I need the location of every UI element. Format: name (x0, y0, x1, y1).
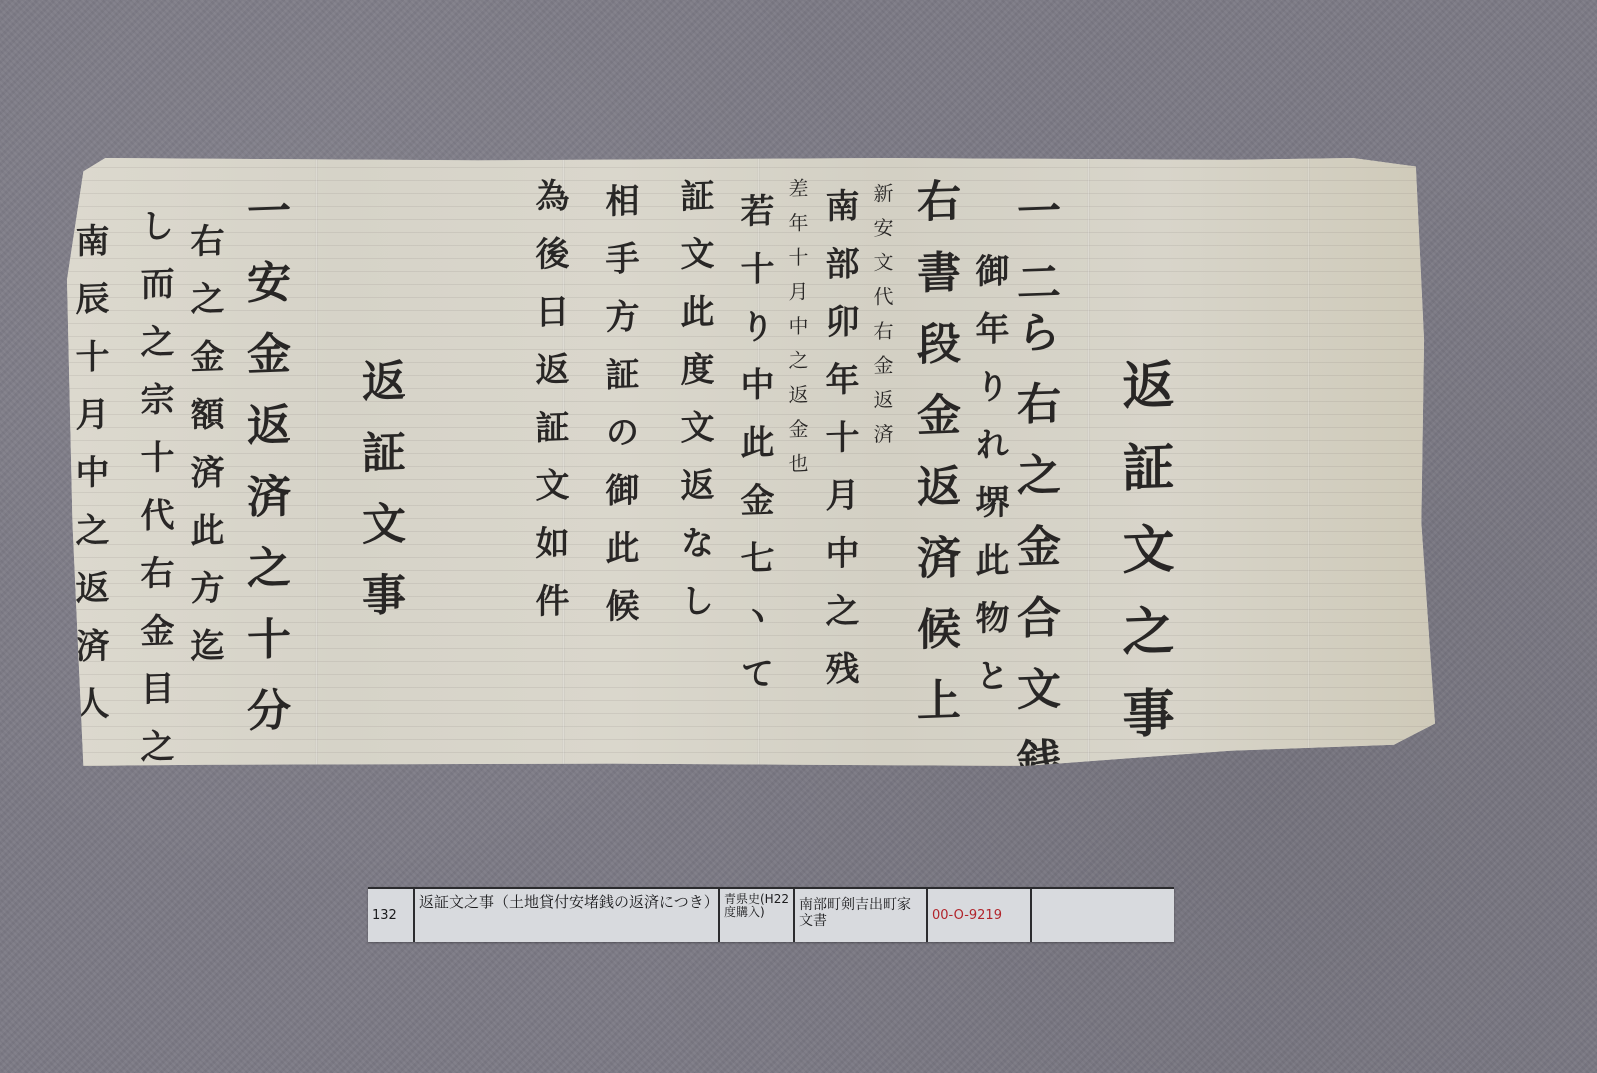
catalog-code: 00-O-9219 (928, 889, 1032, 942)
calligraphy-column: 一 二ら 右 之 金 合 文 銭 (1012, 187, 1056, 788)
calligraphy-column: 差 年 十 月 中 之 返 金 也 (787, 178, 807, 478)
document-heading: 返証文之事 (1117, 357, 1169, 769)
calligraphy-column: 南 辰 十 月 中 之 返 済 人 (72, 222, 106, 726)
catalog-label: 132 返証文之事（土地貸付安堵銭の返済につき） 青県史(H22度購入) 南部町… (368, 887, 1174, 942)
calligraphy-column: 一 安 金 返 済 之 十 分 (242, 187, 286, 738)
blank-cell (1032, 889, 1174, 942)
collection-name: 南部町剣吉出町家文書 (795, 889, 928, 942)
catalog-number: 132 (368, 889, 415, 942)
calligraphy-column: 証 文 此 度 文 返 な し (677, 177, 711, 623)
calligraphy-column: 若 十 り 中 此 金 七 ヽ て (737, 192, 771, 696)
calligraphy-column: 為 後 日 返 証 文 如 件 (532, 177, 566, 623)
fold-line (1307, 158, 1310, 766)
calligraphy-column: 相 手 方 証 の 御 此 候 (602, 182, 636, 628)
fold-line (1087, 158, 1090, 766)
historical-document: 返証文之事 一 二ら 右 之 金 合 文 銭 御 年 り れ 堺 此 物 と 右… (67, 158, 1435, 766)
calligraphy-column: 右 書 段 金 返 済 候 上 (912, 177, 956, 728)
fold-line (315, 158, 318, 766)
closing-heading: 返 証 文 事 (357, 357, 401, 623)
calligraphy-column: 右 之 金 額 済 此 方 迄 (187, 222, 221, 668)
calligraphy-column: 御 年 り れ 堺 此 物 と (972, 252, 1006, 698)
document-title: 返証文之事（土地貸付安堵銭の返済につき） (415, 889, 720, 942)
acquisition-source: 青県史(H22度購入) (720, 889, 795, 942)
calligraphy-column: 新 安 文 代 右 金 返 済 (872, 183, 892, 448)
calligraphy-column: 南 部 卯 年 十 月 中 之 残 (822, 187, 856, 691)
calligraphy-column: し 而 之 宗 十 代 右 金 目 之 (137, 207, 171, 769)
